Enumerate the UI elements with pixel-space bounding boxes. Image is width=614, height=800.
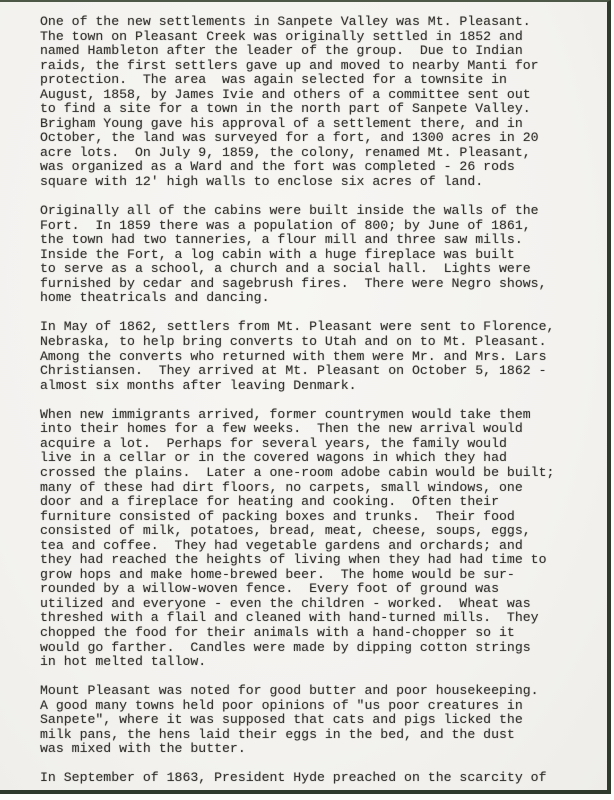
paragraph: Originally all of the cabins were built …	[40, 204, 554, 306]
paragraph: In September of 1863, President Hyde pre…	[40, 771, 554, 786]
paragraph: When new immigrants arrived, former coun…	[40, 408, 554, 670]
paragraph: Mount Pleasant was noted for good butter…	[40, 684, 554, 757]
paragraph: One of the new settlements in Sanpete Va…	[40, 15, 554, 190]
document-text: One of the new settlements in Sanpete Va…	[40, 15, 554, 786]
document-sheet: One of the new settlements in Sanpete Va…	[0, 0, 611, 794]
paragraph: In May of 1862, settlers from Mt. Pleasa…	[40, 320, 554, 393]
scanned-page: One of the new settlements in Sanpete Va…	[0, 0, 614, 800]
